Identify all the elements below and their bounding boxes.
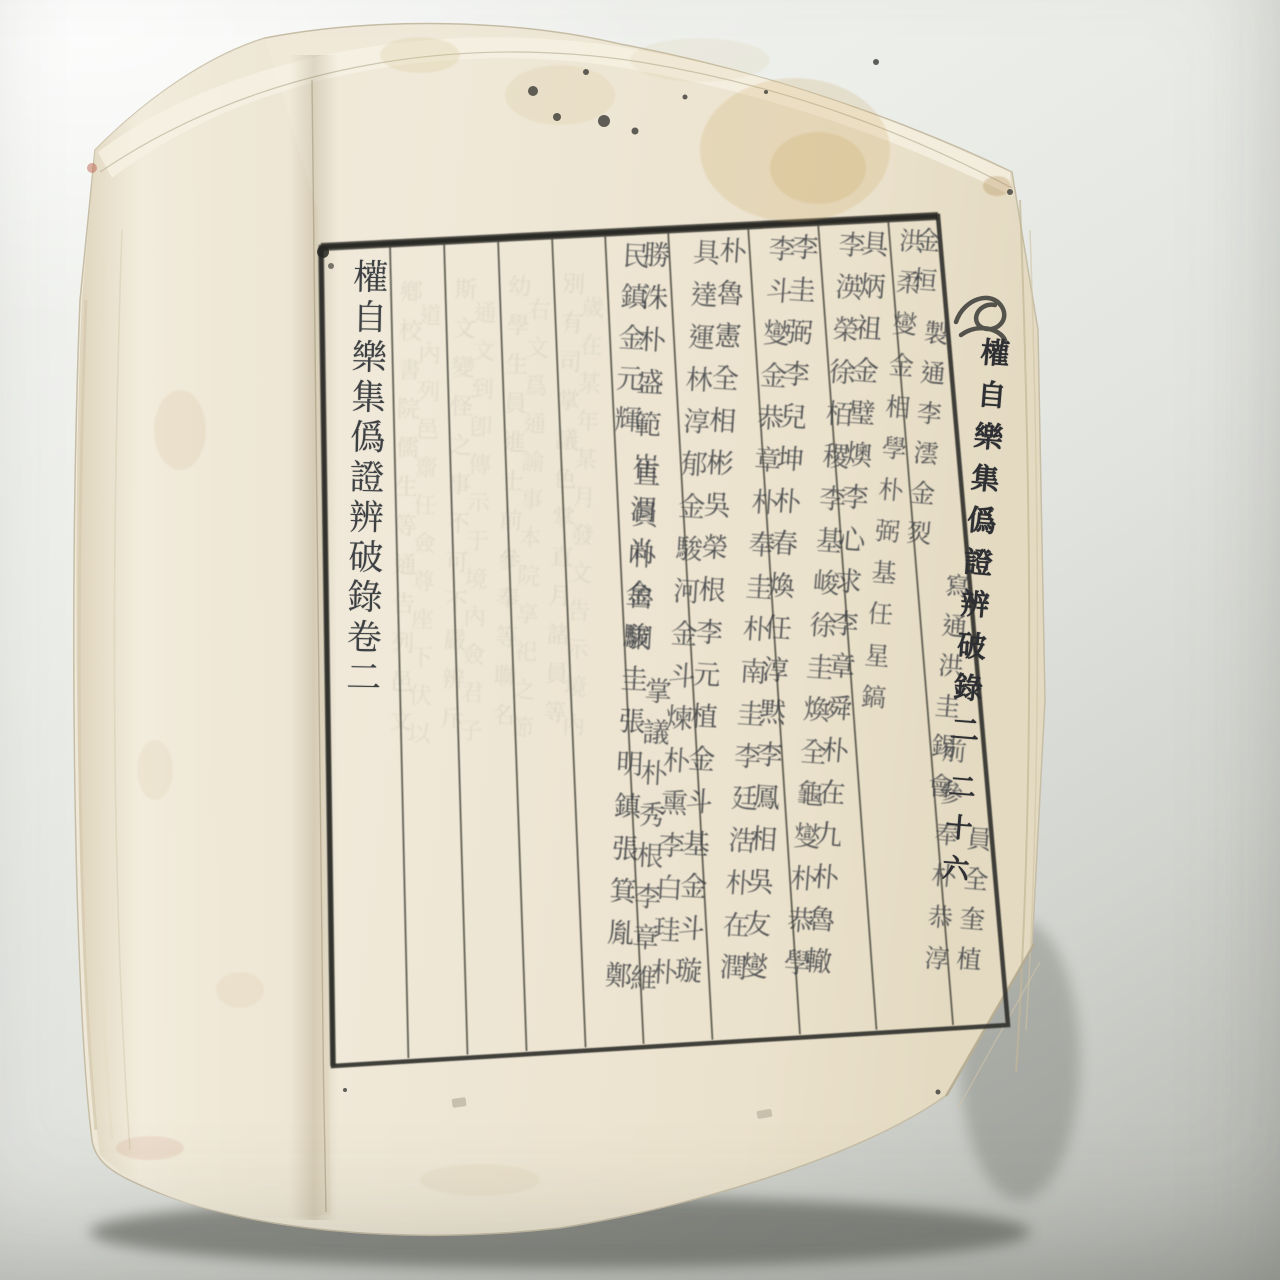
paper-stain [216,972,264,1008]
paper-stain [154,390,206,470]
photo-scene: 鄕校書院儒生等通告列邑文道內列邑齋任僉尊座下伏以斯文變怪之事不可不嚴辨斥通文到卽… [0,0,1280,1280]
paper-stain [380,37,460,73]
ink-speck [632,128,639,135]
ink-blotch [328,263,334,269]
fore-edge-page-number: 二十六 [935,771,976,896]
ink-speck [764,90,768,94]
ink-speck [1007,189,1013,195]
paper-stain [630,38,770,82]
ink-speck [553,113,561,121]
ink-speck [873,59,879,65]
ink-speck [343,1088,347,1092]
paper-stain [420,1164,540,1196]
ink-speck [583,69,589,75]
red-speck [87,163,97,173]
ink-speck [528,86,538,96]
volume-title-column: 權自樂集僞證辨破錄卷二 [335,258,393,699]
paper-stain [983,176,1011,196]
photo-of-open-book: { "photo": { "surface_light": "#f4f5f2",… [0,0,1280,1280]
paper-stain [770,132,866,204]
paper-stain [137,740,173,800]
ink-speck [936,1090,941,1095]
ink-blotch [317,246,329,258]
paper-stain [116,1136,184,1160]
ink-speck [598,115,610,127]
ink-speck [683,95,688,100]
book-photo-svg: 鄕校書院儒生等通告列邑文道內列邑齋任僉尊座下伏以斯文變怪之事不可不嚴辨斥通文到卽… [0,0,1280,1280]
